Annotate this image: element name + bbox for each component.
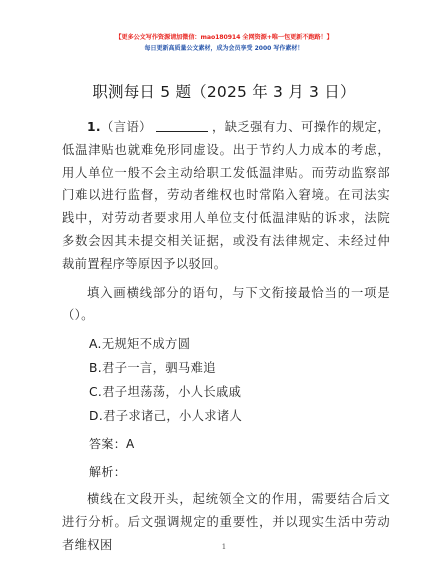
option-letter: A. <box>89 337 102 351</box>
document-page: 【更多公文写作资源请加微信：mao180914 全网资源+唯一包更新不跑路！】 … <box>0 0 448 580</box>
option-letter: B. <box>89 361 102 375</box>
question-stem: 1.（言语），缺乏强有力、可操作的规定，低温津贴也就难免形同虚设。出于节约人力成… <box>62 116 390 276</box>
page-title: 职测每日 5 题（2025 年 3 月 3 日） <box>0 80 448 102</box>
option-a: A.无规矩不成方圆 <box>89 332 390 356</box>
option-d: D.君子求诸己，小人求诸人 <box>89 404 390 428</box>
question-number: 1. <box>87 120 101 134</box>
option-letter: D. <box>89 409 103 423</box>
question-body: 1.（言语），缺乏强有力、可操作的规定，低温津贴也就难免形同虚设。出于节约人力成… <box>62 116 390 557</box>
page-number: 1 <box>0 543 448 551</box>
question-category: （言语） <box>101 120 152 134</box>
analysis-label: 解析： <box>62 460 390 484</box>
answer-options: A.无规矩不成方圆 B.君子一言，驷马难追 C.君子坦荡荡，小人长戚戚 D.君子… <box>62 332 390 428</box>
option-text: 君子一言，驷马难追 <box>102 361 216 375</box>
fill-in-blank <box>156 119 208 132</box>
promo-banner-line-2: 每日更新高质量公文素材，成为会员享受 2000 写作素材！ <box>0 43 448 54</box>
option-c: C.君子坦荡荡，小人长戚戚 <box>89 380 390 404</box>
option-text: 君子坦荡荡，小人长戚戚 <box>102 385 241 399</box>
answer-label: 答案：A <box>62 432 390 456</box>
option-text: 无规矩不成方圆 <box>102 337 191 351</box>
promo-banner: 【更多公文写作资源请加微信：mao180914 全网资源+唯一包更新不跑路！】 … <box>0 32 448 54</box>
question-passage: ，缺乏强有力、可操作的规定，低温津贴也就难免形同虚设。出于节约人力成本的考虑，用… <box>62 120 390 271</box>
promo-banner-line-1: 【更多公文写作资源请加微信：mao180914 全网资源+唯一包更新不跑路！】 <box>0 32 448 43</box>
option-text: 君子求诸己，小人求诸人 <box>103 409 242 423</box>
question-prompt: 填入画横线部分的语句，与下文衔接最恰当的一项是（）。 <box>62 282 390 328</box>
option-letter: C. <box>89 385 102 399</box>
option-b: B.君子一言，驷马难追 <box>89 356 390 380</box>
